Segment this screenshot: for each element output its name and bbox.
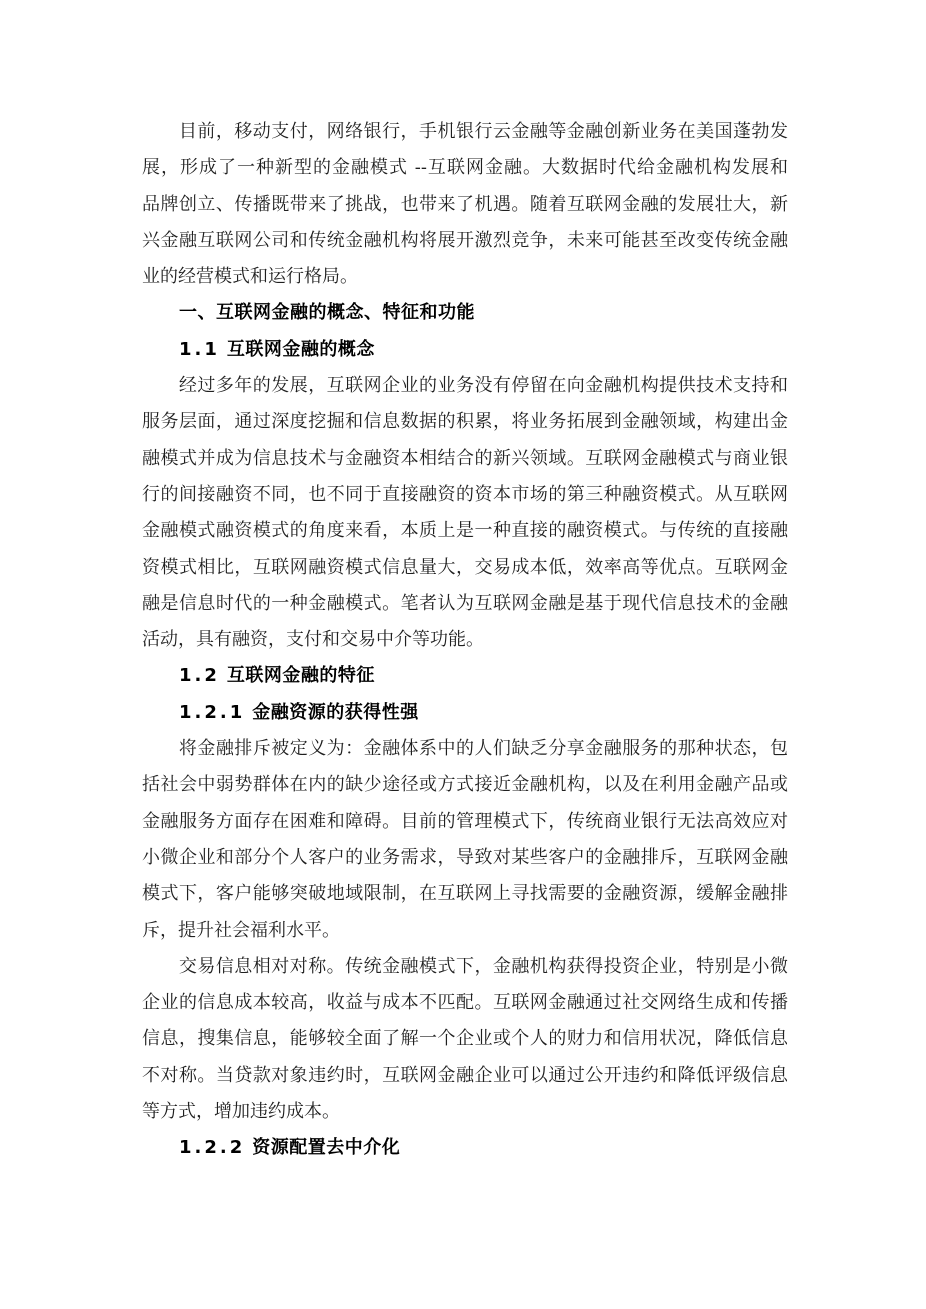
text-line: 行的间接融资不同，也不同于直接融资的资本市场的第三种融资模式。从互联网 <box>142 477 788 513</box>
text-line: 金融模式融资模式的角度来看，本质上是一种直接的融资模式。与传统的直接融 <box>142 513 788 549</box>
intro-paragraph: 目前，移动支付，网络银行，手机银行云金融等金融创新业务在美国蓬勃发展，形成了一种… <box>142 114 788 295</box>
heading-text: 金融资源的获得性强 <box>252 702 419 723</box>
text-line: 等方式，增加违约成本。 <box>142 1094 788 1130</box>
concept-paragraph: 经过多年的发展，互联网企业的业务没有停留在向金融机构提供技术支持和服务层面，通过… <box>142 368 788 658</box>
document-body: 目前，移动支付，网络银行，手机银行云金融等金融创新业务在美国蓬勃发展，形成了一种… <box>142 114 788 1167</box>
text-line: 服务层面，通过深度挖掘和信息数据的积累，将业务拓展到金融领域，构建出金 <box>142 404 788 440</box>
text-line: 斥，提升社会福利水平。 <box>142 913 788 949</box>
text-line: 信息，搜集信息，能够较全面了解一个企业或个人的财力和信用状况，降低信息 <box>142 1021 788 1057</box>
heading-1-1: 1.1互联网金融的概念 <box>142 332 788 368</box>
heading-1-2-1: 1.2.1金融资源的获得性强 <box>142 695 788 731</box>
text-line: 展，形成了一种新型的金融模式 --互联网金融。大数据时代给金融机构发展和 <box>142 150 788 186</box>
text-line: 将金融排斥被定义为：金融体系中的人们缺乏分享金融服务的那种状态，包 <box>142 731 788 767</box>
heading-1-2: 1.2互联网金融的特征 <box>142 658 788 694</box>
text-line: 目前，移动支付，网络银行，手机银行云金融等金融创新业务在美国蓬勃发 <box>142 114 788 150</box>
text-line: 小微企业和部分个人客户的业务需求，导致对某些客户的金融排斥，互联网金融 <box>142 840 788 876</box>
text-line: 品牌创立、传播既带来了挑战，也带来了机遇。随着互联网金融的发展壮大，新 <box>142 187 788 223</box>
heading-number: 1.2.2 <box>179 1137 252 1158</box>
text-line: 企业的信息成本较高，收益与成本不匹配。互联网金融通过社交网络生成和传播 <box>142 985 788 1021</box>
text-line: 括社会中弱势群体在内的缺少途径或方式接近金融机构，以及在利用金融产品或 <box>142 767 788 803</box>
text-line: 活动，具有融资，支付和交易中介等功能。 <box>142 622 788 658</box>
document-page: 目前，移动支付，网络银行，手机银行云金融等金融创新业务在美国蓬勃发展，形成了一种… <box>0 0 926 1309</box>
heading-number: 1.1 <box>179 339 227 360</box>
text-line: 融模式并成为信息技术与金融资本相结合的新兴领域。互联网金融模式与商业银 <box>142 441 788 477</box>
heading-1-2-2: 1.2.2资源配置去中介化 <box>142 1130 788 1166</box>
text-line: 经过多年的发展，互联网企业的业务没有停留在向金融机构提供技术支持和 <box>142 368 788 404</box>
heading-section-1: 一、互联网金融的概念、特征和功能 <box>142 295 788 331</box>
financial-exclusion-paragraph: 将金融排斥被定义为：金融体系中的人们缺乏分享金融服务的那种状态，包括社会中弱势群… <box>142 731 788 949</box>
text-line: 资模式相比，互联网融资模式信息量大，交易成本低，效率高等优点。互联网金 <box>142 550 788 586</box>
text-line: 模式下，客户能够突破地域限制，在互联网上寻找需要的金融资源，缓解金融排 <box>142 876 788 912</box>
information-symmetry-paragraph: 交易信息相对对称。传统金融模式下，金融机构获得投资企业，特别是小微企业的信息成本… <box>142 949 788 1130</box>
text-line: 金融服务方面存在困难和障碍。目前的管理模式下，传统商业银行无法高效应对 <box>142 804 788 840</box>
heading-text: 一、互联网金融的概念、特征和功能 <box>179 302 475 323</box>
heading-number: 1.2 <box>179 665 227 686</box>
heading-text: 互联网金融的特征 <box>227 665 375 686</box>
text-line: 融是信息时代的一种金融模式。笔者认为互联网金融是基于现代信息技术的金融 <box>142 586 788 622</box>
text-line: 业的经营模式和运行格局。 <box>142 259 788 295</box>
heading-text: 互联网金融的概念 <box>227 339 375 360</box>
heading-number: 1.2.1 <box>179 702 252 723</box>
text-line: 交易信息相对对称。传统金融模式下，金融机构获得投资企业，特别是小微 <box>142 949 788 985</box>
text-line: 兴金融互联网公司和传统金融机构将展开激烈竞争，未来可能甚至改变传统金融 <box>142 223 788 259</box>
text-line: 不对称。当贷款对象违约时，互联网金融企业可以通过公开违约和降低评级信息 <box>142 1058 788 1094</box>
heading-text: 资源配置去中介化 <box>252 1137 400 1158</box>
